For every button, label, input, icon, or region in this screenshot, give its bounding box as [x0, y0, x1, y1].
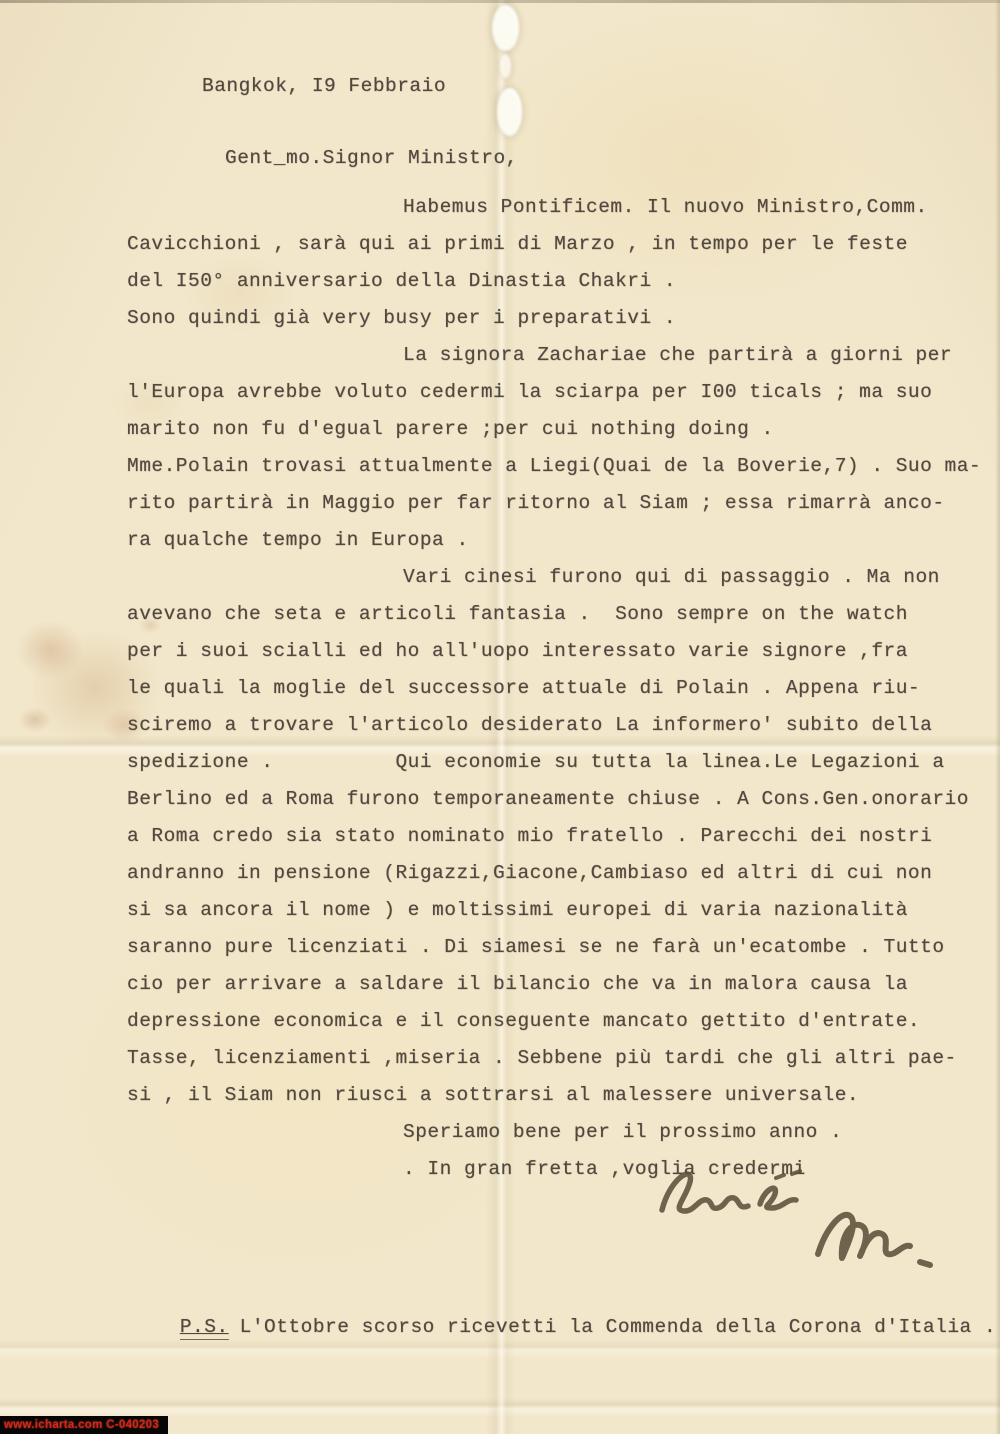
letter-line: Sono quindi già very busy per i preparat…: [127, 300, 993, 337]
ps-text: L'Ottobre scorso ricevetti la Commenda d…: [240, 1316, 997, 1338]
letter-line: Cavicchioni , sarà qui ai primi di Marzo…: [127, 226, 993, 263]
letter-body: Habemus Pontificem. Il nuovo Ministro,Co…: [127, 189, 993, 1188]
signature-handwriting: [648, 1158, 958, 1273]
letter-line: le quali la moglie del successore attual…: [127, 670, 993, 707]
postscript-line: P.S.L'Ottobre scorso ricevetti la Commen…: [131, 1272, 996, 1383]
letter-line: si sa ancora il nome ) e moltissimi euro…: [127, 892, 993, 929]
letter-line: ra qualche tempo in Europa .: [127, 522, 993, 559]
letter-line: Speriamo bene per il prossimo anno .: [127, 1114, 993, 1151]
ps-label: P.S.: [180, 1316, 229, 1340]
letter-line: Habemus Pontificem. Il nuovo Ministro,Co…: [127, 189, 993, 226]
letter-line: a Roma credo sia stato nominato mio frat…: [127, 818, 993, 855]
letter-line: avevano che seta e articoli fantasia . S…: [127, 596, 993, 633]
letter-line: si , il Siam non riusci a sottrarsi al m…: [127, 1077, 993, 1114]
letter-line: depressione economica e il conseguente m…: [127, 1003, 993, 1040]
letter-line: La signora Zachariae che partirà a giorn…: [127, 337, 993, 374]
letter-line: l'Europa avrebbe voluto cedermi la sciar…: [127, 374, 993, 411]
letter-line: saranno pure licenziati . Di siamesi se …: [127, 929, 993, 966]
salutation: Gent_mo.Signor Ministro,: [225, 140, 518, 177]
letter-line: cio per arrivare a saldare il bilancio c…: [127, 966, 993, 1003]
letter-line: marito non fu d'egual parere ;per cui no…: [127, 411, 993, 448]
wax-drip-blob: [500, 54, 511, 78]
letter-line: Vari cinesi furono qui di passaggio . Ma…: [127, 559, 993, 596]
letter-page: Bangkok, I9 Febbraio Gent_mo.Signor Mini…: [0, 0, 1000, 1434]
letter-line: spedizione . Qui economie su tutta la li…: [127, 744, 993, 781]
letter-line: Tasse, licenziamenti ,miseria . Sebbene …: [127, 1040, 993, 1077]
dateline: Bangkok, I9 Febbraio: [202, 68, 446, 105]
letter-line: Mme.Polain trovasi attualmente a Liegi(Q…: [127, 448, 993, 485]
letter-line: rito partirà in Maggio per far ritorno a…: [127, 485, 993, 522]
wax-drip-blob: [492, 5, 519, 51]
letter-line: Berlino ed a Roma furono temporaneamente…: [127, 781, 993, 818]
wax-drip-blob: [497, 88, 522, 136]
watermark: www.icharta.com C-040203: [0, 1416, 168, 1434]
letter-line: del I50° anniversario della Dinastia Cha…: [127, 263, 993, 300]
letter-line: per i suoi scialli ed ho all'uopo intere…: [127, 633, 993, 670]
letter-line: andranno in pensione (Rigazzi,Giacone,Ca…: [127, 855, 993, 892]
letter-line: sciremo a trovare l'articolo desiderato …: [127, 707, 993, 744]
